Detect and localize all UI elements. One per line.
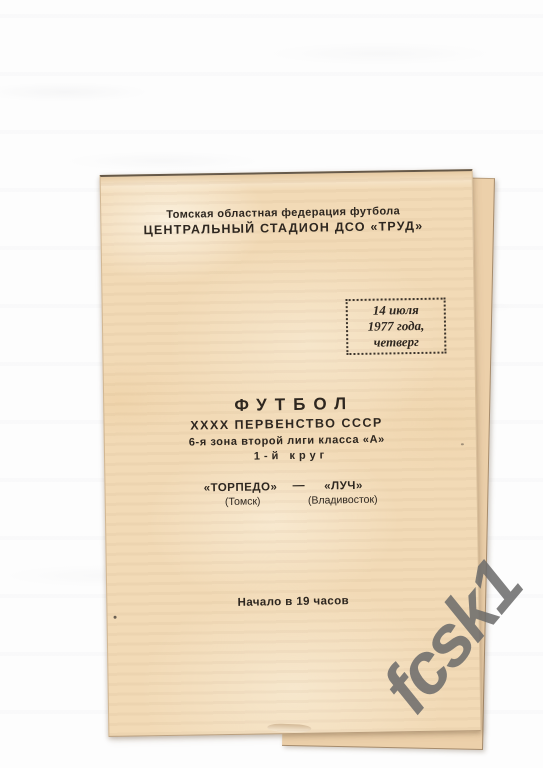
match-date-box: 14 июля 1977 года, четверг	[346, 298, 447, 356]
date-line-2: 1977 года,	[348, 318, 444, 336]
ink-speck	[461, 443, 464, 445]
away-team-name: «ЛУЧ»	[293, 479, 393, 493]
program-cover-sheet: Томская областная федерация футбола ЦЕНТ…	[100, 169, 482, 737]
date-line-3: четверг	[348, 334, 444, 352]
stadium-line: ЦЕНТРАЛЬНЫЙ СТАДИОН ДСО «ТРУД»	[101, 218, 465, 238]
date-line-1: 14 июля	[348, 302, 444, 320]
ink-speck	[114, 616, 117, 619]
paper-top-crease	[101, 171, 472, 193]
paper-fold-mark	[267, 723, 311, 733]
scanned-program-page: Томская областная федерация футбола ЦЕНТ…	[0, 0, 543, 768]
kickoff-time: Начало в 19 часов	[112, 593, 474, 611]
championship-line: XXXX ПЕРВЕНСТВО СССР	[104, 414, 468, 434]
away-team-city: (Владивосток)	[283, 493, 403, 507]
round-line: 1-й круг	[105, 447, 473, 465]
